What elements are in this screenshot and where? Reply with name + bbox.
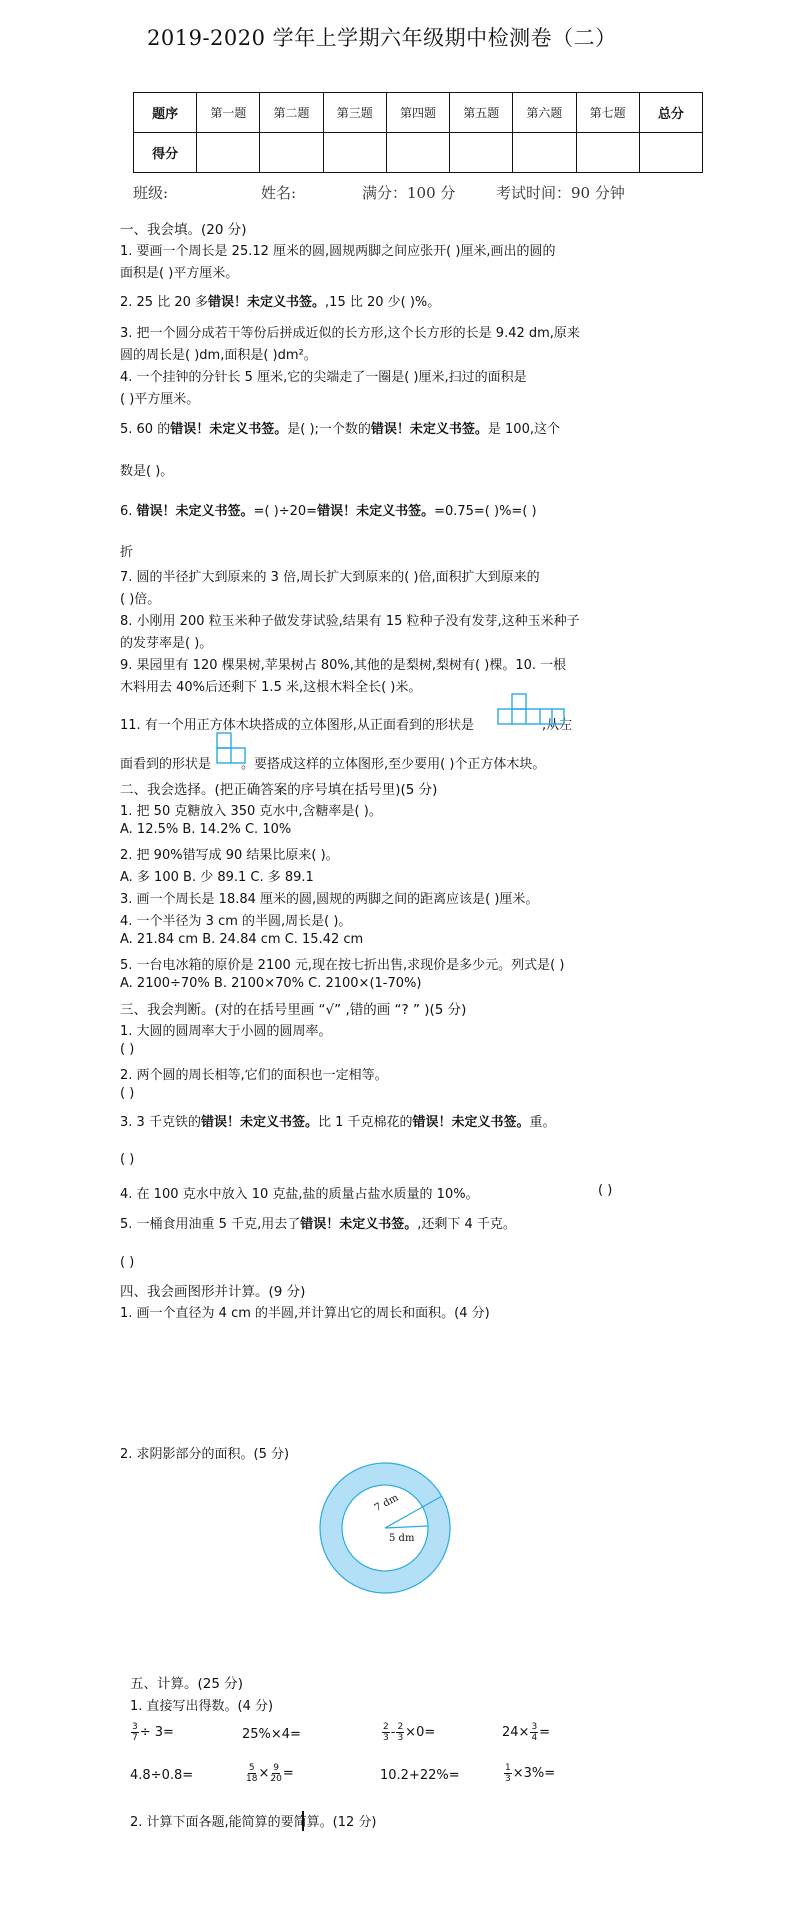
question-text: 面积是( )平方厘米。 bbox=[120, 262, 238, 281]
question-text: 圆的周长是( )dm,面积是( )dm²。 bbox=[120, 344, 317, 363]
calc-item: 10.2+22%= bbox=[380, 1768, 460, 1783]
calc-item: 518×920= bbox=[245, 1763, 294, 1784]
answer-options: A. 21.84 cm B. 24.84 cm C. 15.42 cm bbox=[120, 932, 363, 947]
question-text: ( )倍。 bbox=[120, 588, 160, 607]
question-text: 4. 在 100 克水中放入 10 克盐,盐的质量占盐水质量的 10%。 bbox=[120, 1183, 479, 1202]
front-view-shape-icon bbox=[497, 693, 565, 725]
col-header: 总分 bbox=[639, 93, 702, 133]
exam-time: 考试时间：90 分钟 bbox=[496, 182, 625, 203]
answer-blank: ( ) bbox=[120, 1042, 134, 1057]
score-cell bbox=[576, 133, 639, 173]
score-cell bbox=[323, 133, 386, 173]
col-header: 第四题 bbox=[386, 93, 449, 133]
score-cell bbox=[197, 133, 260, 173]
score-cell bbox=[513, 133, 576, 173]
question-text: 1. 大圆的圆周率大于小圆的圆周率。 bbox=[120, 1020, 332, 1039]
col-header: 第七题 bbox=[576, 93, 639, 133]
col-header: 第一题 bbox=[197, 93, 260, 133]
question-text: 3. 把一个圆分成若干等份后拼成近似的长方形,这个长方形的长是 9.42 dm,… bbox=[120, 322, 580, 341]
question-text: 6. 错误！未定义书签。=( )÷20=错误！未定义书签。=0.75=( )%=… bbox=[120, 500, 537, 519]
question-text: 1. 要画一个周长是 25.12 厘米的圆,圆规两脚之间应张开( )厘米,画出的… bbox=[120, 240, 556, 259]
question-text: 5. 一桶食用油重 5 千克,用去了错误！未定义书签。,还剩下 4 千克。 bbox=[120, 1213, 516, 1232]
question-text: 2. 两个圆的周长相等,它们的面积也一定相等。 bbox=[120, 1064, 388, 1083]
question-text: ( )平方厘米。 bbox=[120, 388, 199, 407]
calc-item: 25%×4= bbox=[242, 1727, 301, 1742]
calc-item: 13×3%= bbox=[503, 1763, 555, 1784]
score-table: 题序 第一题 第二题 第三题 第四题 第五题 第六题 第七题 总分 得分 bbox=[133, 92, 703, 173]
question-text: 1. 把 50 克糖放入 350 克水中,含糖率是( )。 bbox=[120, 800, 382, 819]
text-cursor bbox=[302, 1811, 304, 1831]
bookmark-error: 错误！未定义书签。 bbox=[413, 1115, 530, 1130]
question-text: 7. 圆的半径扩大到原来的 3 倍,周长扩大到原来的( )倍,面积扩大到原来的 bbox=[120, 566, 540, 585]
question-text: 1. 画一个直径为 4 cm 的半圆,并计算出它的周长和面积。(4 分) bbox=[120, 1302, 490, 1321]
left-view-shape-icon bbox=[216, 732, 246, 764]
question-text: 5. 一台电冰箱的原价是 2100 元,现在按七折出售,求现价是多少元。列式是(… bbox=[120, 954, 564, 973]
bookmark-error: 错误！未定义书签。 bbox=[300, 1217, 417, 1232]
answer-options: A. 2100÷70% B. 2100×70% C. 2100×(1-70%) bbox=[120, 976, 421, 991]
class-label: 班级: bbox=[133, 182, 168, 203]
score-table-score-row: 得分 bbox=[134, 133, 703, 173]
bookmark-error: 错误！未定义书签。 bbox=[137, 504, 254, 519]
question-text: 4. 一个半径为 3 cm 的半圆,周长是( )。 bbox=[120, 910, 351, 929]
score-table-header-row: 题序 第一题 第二题 第三题 第四题 第五题 第六题 第七题 总分 bbox=[134, 93, 703, 133]
bookmark-error: 错误！未定义书签。 bbox=[170, 422, 287, 437]
section-2-heading: 二、我会选择。(把正确答案的序号填在括号里)(5 分) bbox=[120, 778, 437, 798]
calc-item: 23-23×0= bbox=[381, 1722, 435, 1743]
col-header: 题序 bbox=[134, 93, 197, 133]
calc-item: 24×34= bbox=[502, 1722, 550, 1743]
full-score: 满分：100 分 bbox=[362, 182, 455, 203]
question-text: 面看到的形状是。要搭成这样的立体图形,至少要用( )个正方体木块。 bbox=[120, 753, 545, 772]
question-text: 2. 25 比 20 多错误！未定义书签。,15 比 20 少( )%。 bbox=[120, 291, 440, 310]
calc-item: 37÷ 3= bbox=[130, 1722, 174, 1743]
row-label: 得分 bbox=[134, 133, 197, 173]
answer-blank: ( ) bbox=[598, 1183, 612, 1198]
col-header: 第二题 bbox=[260, 93, 323, 133]
name-label: 姓名: bbox=[261, 182, 296, 203]
question-text: 的发芽率是( )。 bbox=[120, 632, 212, 651]
score-cell bbox=[639, 133, 702, 173]
question-text: 1. 直接写出得数。(4 分) bbox=[130, 1695, 273, 1714]
bookmark-error: 错误！未定义书签。 bbox=[317, 504, 434, 519]
question-text: 3. 3 千克铁的错误！未定义书签。比 1 千克棉花的错误！未定义书签。重。 bbox=[120, 1111, 556, 1130]
question-text: 折 bbox=[120, 541, 133, 560]
question-text: 8. 小刚用 200 粒玉米种子做发芽试验,结果有 15 粒种子没有发芽,这种玉… bbox=[120, 610, 580, 629]
bookmark-error: 错误！未定义书签。 bbox=[201, 1115, 318, 1130]
section-4-heading: 四、我会画图形并计算。(9 分) bbox=[120, 1280, 305, 1300]
bookmark-error: 错误！未定义书签。 bbox=[208, 295, 325, 310]
section-1-heading: 一、我会填。(20 分) bbox=[120, 218, 247, 238]
col-header: 第六题 bbox=[513, 93, 576, 133]
answer-options: A. 多 100 B. 少 89.1 C. 多 89.1 bbox=[120, 866, 314, 885]
score-cell bbox=[260, 133, 323, 173]
calc-item: 4.8÷0.8= bbox=[130, 1768, 193, 1783]
question-text: 木料用去 40%后还剩下 1.5 米,这根木料全长( )米。 bbox=[120, 676, 421, 695]
inner-radius-label: 5 dm bbox=[389, 1533, 414, 1544]
col-header: 第三题 bbox=[323, 93, 386, 133]
section-3-heading: 三、我会判断。(对的在括号里画 “√” ,错的画 “? ” )(5 分) bbox=[120, 998, 466, 1018]
question-text: 4. 一个挂钟的分针长 5 厘米,它的尖端走了一圈是( )厘米,扫过的面积是 bbox=[120, 366, 527, 385]
answer-options: A. 12.5% B. 14.2% C. 10% bbox=[120, 822, 291, 837]
question-text: 2. 求阴影部分的面积。(5 分) bbox=[120, 1443, 289, 1462]
answer-blank: ( ) bbox=[120, 1152, 134, 1167]
answer-blank: ( ) bbox=[120, 1086, 134, 1101]
question-text: 2. 计算下面各题,能简算的要简算。(12 分) bbox=[130, 1811, 377, 1830]
score-cell bbox=[386, 133, 449, 173]
score-cell bbox=[450, 133, 513, 173]
question-text: 3. 画一个周长是 18.84 厘米的圆,圆规的两脚之间的距离应该是( )厘米。 bbox=[120, 888, 538, 907]
answer-blank: ( ) bbox=[120, 1255, 134, 1270]
question-text: 2. 把 90%错写成 90 结果比原来( )。 bbox=[120, 844, 339, 863]
col-header: 第五题 bbox=[450, 93, 513, 133]
annulus-diagram bbox=[315, 1458, 455, 1598]
question-text: 5. 60 的错误！未定义书签。是( );一个数的错误！未定义书签。是 100,… bbox=[120, 418, 560, 437]
question-text: 数是( )。 bbox=[120, 460, 173, 479]
section-5-heading: 五、计算。(25 分) bbox=[130, 1672, 243, 1692]
bookmark-error: 错误！未定义书签。 bbox=[371, 422, 488, 437]
page-title: 2019-2020 学年上学期六年级期中检测卷（二） bbox=[147, 22, 617, 52]
question-text: 9. 果园里有 120 棵果树,苹果树占 80%,其他的是梨树,梨树有( )棵。… bbox=[120, 654, 566, 673]
